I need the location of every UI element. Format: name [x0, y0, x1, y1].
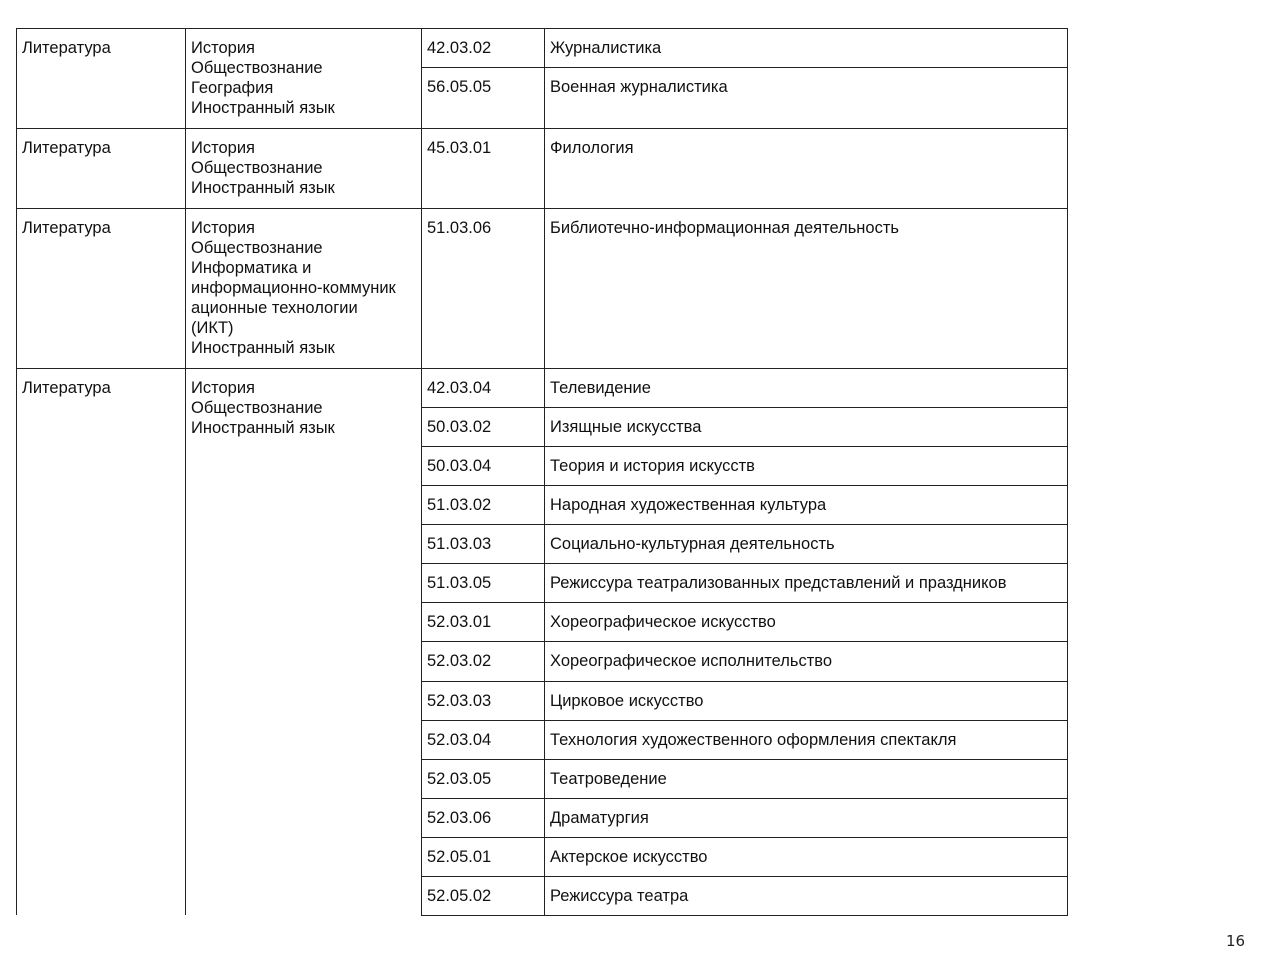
- subject-line: Информатика и: [191, 258, 416, 278]
- program-name-cell: Актерское искусство: [545, 837, 1068, 876]
- primary-subject-cell: Литература: [17, 29, 186, 129]
- subject-line: Иностранный язык: [191, 178, 416, 198]
- program-code-cell: 52.03.01: [422, 603, 545, 642]
- programs-table-body: ЛитератураИсторияОбществознаниеГеография…: [17, 29, 1068, 916]
- table-row: ЛитератураИсторияОбществознаниеИностранн…: [17, 369, 1068, 408]
- program-code-cell: 45.03.01: [422, 129, 545, 209]
- additional-subjects-cell: ИсторияОбществознаниеГеографияИностранны…: [186, 29, 422, 129]
- page-number: 16: [1226, 932, 1245, 950]
- primary-subject-cell: Литература: [17, 209, 186, 369]
- program-code-cell: 52.03.05: [422, 759, 545, 798]
- subject-line: ационные технологии: [191, 298, 416, 318]
- subject-line: Обществознание: [191, 158, 416, 178]
- program-name-cell: Технология художественного оформления сп…: [545, 720, 1068, 759]
- program-name-cell: Социально-культурная деятельность: [545, 525, 1068, 564]
- subject-line: История: [191, 218, 416, 238]
- program-code-cell: 52.03.02: [422, 642, 545, 681]
- subject-line: География: [191, 78, 416, 98]
- program-name-cell: Режиссура театрализованных представлений…: [545, 564, 1068, 603]
- subject-line: информационно-коммуник: [191, 278, 416, 298]
- program-name-cell: Хореографическое исполнительство: [545, 642, 1068, 681]
- subject-line: Иностранный язык: [191, 338, 416, 358]
- program-name-cell: Военная журналистика: [545, 68, 1068, 129]
- program-name-cell: Телевидение: [545, 369, 1068, 408]
- additional-subjects-cell: ИсторияОбществознаниеИнформатика иинформ…: [186, 209, 422, 369]
- program-name-cell: Журналистика: [545, 29, 1068, 68]
- program-code-cell: 51.03.02: [422, 486, 545, 525]
- program-name-cell: Театроведение: [545, 759, 1068, 798]
- program-name-cell: Режиссура театра: [545, 876, 1068, 915]
- program-code-cell: 50.03.02: [422, 408, 545, 447]
- program-name-cell: Драматургия: [545, 798, 1068, 837]
- subject-line: Обществознание: [191, 238, 416, 258]
- program-code-cell: 52.03.06: [422, 798, 545, 837]
- primary-subject-cell: Литература: [17, 129, 186, 209]
- program-name-cell: Хореографическое искусство: [545, 603, 1068, 642]
- program-code-cell: 42.03.04: [422, 369, 545, 408]
- subject-line: Иностранный язык: [191, 418, 416, 438]
- document-page: ЛитератураИсторияОбществознаниеГеография…: [0, 0, 1280, 976]
- program-name-cell: Филология: [545, 129, 1068, 209]
- subject-line: История: [191, 138, 416, 158]
- program-name-cell: Библиотечно-информационная деятельность: [545, 209, 1068, 369]
- program-name-cell: Теория и история искусств: [545, 447, 1068, 486]
- subject-line: Иностранный язык: [191, 98, 416, 118]
- program-name-cell: Цирковое искусство: [545, 681, 1068, 720]
- subject-line: Обществознание: [191, 398, 416, 418]
- subject-line: Обществознание: [191, 58, 416, 78]
- subject-line: (ИКТ): [191, 318, 416, 338]
- subject-line: История: [191, 378, 416, 398]
- table-row: ЛитератураИсторияОбществознаниеГеография…: [17, 29, 1068, 68]
- additional-subjects-cell: ИсторияОбществознаниеИностранный язык: [186, 129, 422, 209]
- table-row: ЛитератураИсторияОбществознаниеИнформати…: [17, 209, 1068, 369]
- program-name-cell: Народная художественная культура: [545, 486, 1068, 525]
- program-code-cell: 42.03.02: [422, 29, 545, 68]
- table-row: ЛитератураИсторияОбществознаниеИностранн…: [17, 129, 1068, 209]
- program-code-cell: 52.03.04: [422, 720, 545, 759]
- program-code-cell: 52.05.02: [422, 876, 545, 915]
- program-code-cell: 51.03.03: [422, 525, 545, 564]
- subject-line: История: [191, 38, 416, 58]
- program-code-cell: 52.05.01: [422, 837, 545, 876]
- program-code-cell: 50.03.04: [422, 447, 545, 486]
- program-code-cell: 52.03.03: [422, 681, 545, 720]
- program-code-cell: 51.03.05: [422, 564, 545, 603]
- programs-table: ЛитератураИсторияОбществознаниеГеография…: [16, 28, 1068, 916]
- program-code-cell: 56.05.05: [422, 68, 545, 129]
- primary-subject-cell: Литература: [17, 369, 186, 916]
- program-name-cell: Изящные искусства: [545, 408, 1068, 447]
- program-code-cell: 51.03.06: [422, 209, 545, 369]
- additional-subjects-cell: ИсторияОбществознаниеИностранный язык: [186, 369, 422, 916]
